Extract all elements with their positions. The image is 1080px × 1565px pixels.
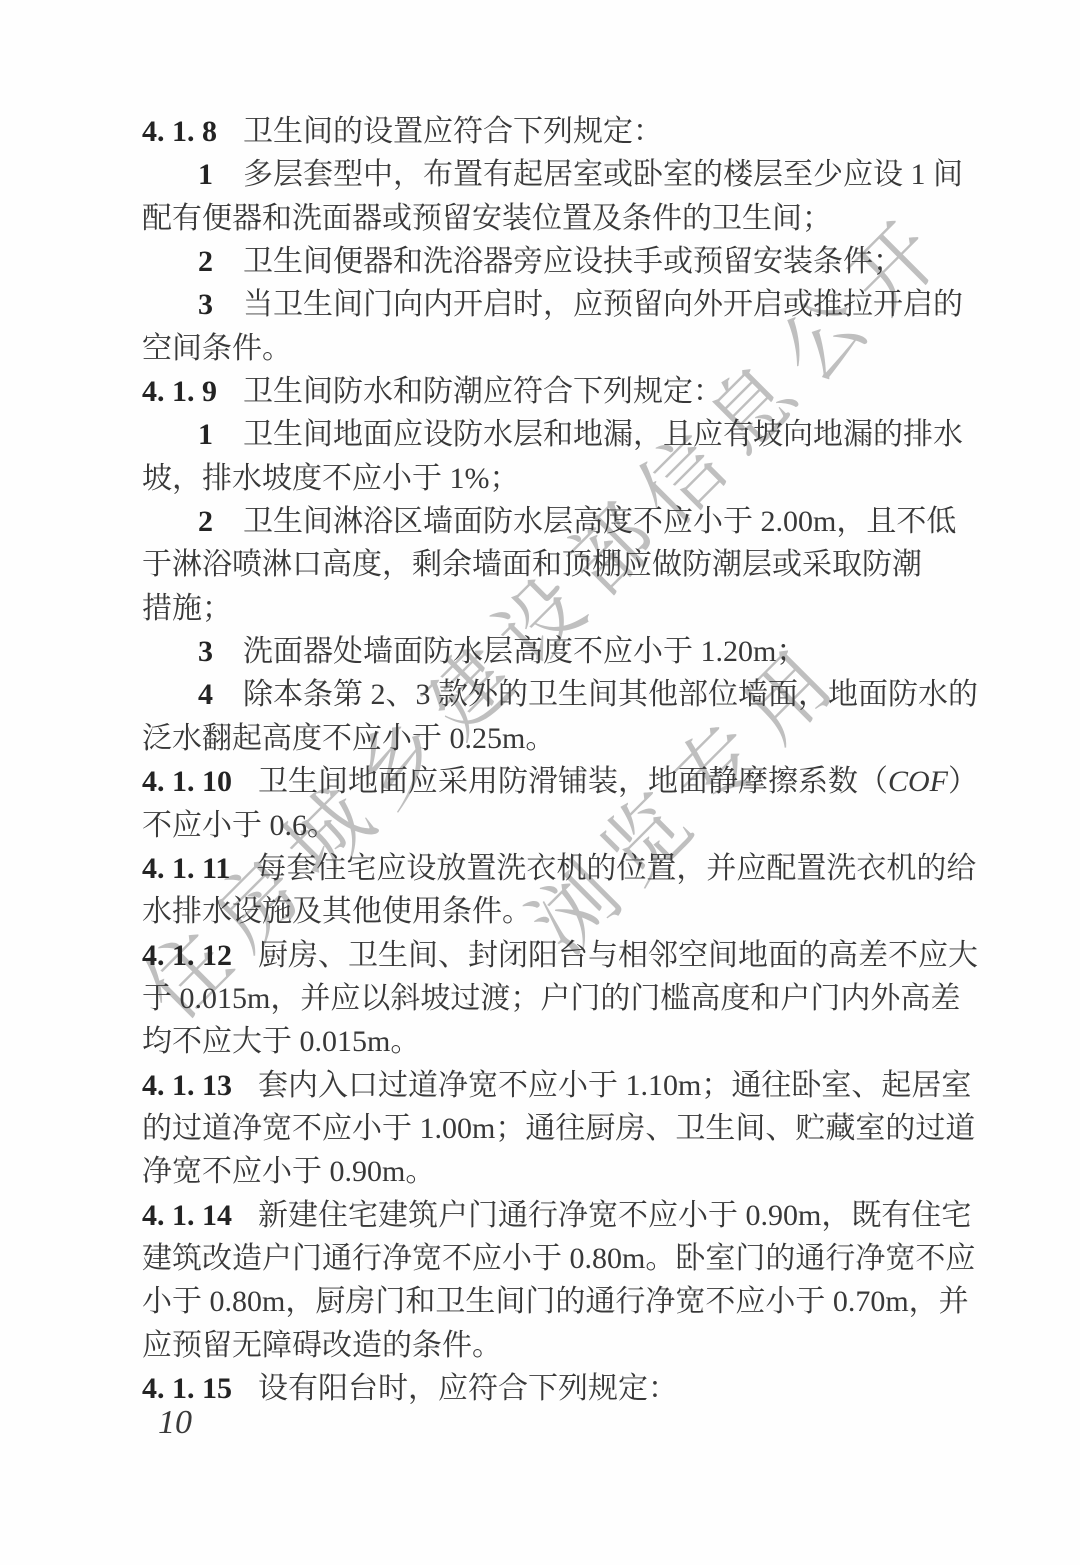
clause-number: 4. 1. 10 bbox=[142, 765, 232, 798]
item-number: 3 bbox=[198, 635, 213, 668]
item-number: 3 bbox=[198, 288, 213, 321]
clause-line: 4. 1. 12厨房、卫生间、封闭阳台与相邻空间地面的高差不应大 bbox=[142, 934, 972, 977]
continuation-line: 应预留无障碍改造的条件。 bbox=[142, 1324, 972, 1367]
line-text: 卫生间淋浴区墙面防水层高度不应小于 2.00m，且不低 bbox=[243, 505, 956, 538]
line-text: 净宽不应小于 0.90m。 bbox=[142, 1155, 435, 1188]
clause-number: 4. 1. 11 bbox=[142, 852, 230, 885]
clause-line: 4. 1. 8卫生间的设置应符合下列规定： bbox=[142, 110, 972, 153]
line-text: 卫生间的设置应符合下列规定： bbox=[243, 115, 663, 148]
continuation-line: 泛水翻起高度不应小于 0.25m。 bbox=[142, 717, 972, 760]
item-line: 2卫生间便器和洗浴器旁应设扶手或预留安装条件； bbox=[142, 240, 972, 283]
line-text: 卫生间防水和防潮应符合下列规定： bbox=[243, 375, 723, 408]
page-number: 10 bbox=[158, 1404, 192, 1442]
continuation-line: 不应小于 0.6。 bbox=[142, 804, 972, 847]
line-text: 设有阳台时，应符合下列规定： bbox=[258, 1372, 678, 1405]
continuation-line: 坡，排水坡度不应小于 1%； bbox=[142, 457, 972, 500]
line-text: 建筑改造户门通行净宽不应小于 0.80m。卧室门的通行净宽不应 bbox=[142, 1242, 975, 1275]
continuation-line: 于 0.015m，并应以斜坡过渡；户门的门槛高度和户门内外高差 bbox=[142, 977, 972, 1020]
clause-line: 4. 1. 15设有阳台时，应符合下列规定： bbox=[142, 1367, 972, 1410]
clause-line: 4. 1. 13套内入口过道净宽不应小于 1.10m；通往卧室、起居室 bbox=[142, 1064, 972, 1107]
continuation-line: 建筑改造户门通行净宽不应小于 0.80m。卧室门的通行净宽不应 bbox=[142, 1237, 972, 1280]
clause-line: 4. 1. 11每套住宅应设放置洗衣机的位置，并应配置洗衣机的给 bbox=[142, 847, 972, 890]
continuation-line: 净宽不应小于 0.90m。 bbox=[142, 1150, 972, 1193]
document-page: 住房城乡建设部信息公开 浏览专用 4. 1. 8卫生间的设置应符合下列规定：1多… bbox=[0, 0, 1080, 1565]
line-text: 水排水设施及其他使用条件。 bbox=[142, 895, 532, 928]
clause-number: 4. 1. 12 bbox=[142, 939, 232, 972]
continuation-line: 小于 0.80m，厨房门和卫生间门的通行净宽不应小于 0.70m，并 bbox=[142, 1280, 972, 1323]
item-number: 1 bbox=[198, 418, 213, 451]
line-text: 空间条件。 bbox=[142, 332, 292, 365]
clause-line: 4. 1. 14新建住宅建筑户门通行净宽不应小于 0.90m，既有住宅 bbox=[142, 1194, 972, 1237]
line-text: 新建住宅建筑户门通行净宽不应小于 0.90m，既有住宅 bbox=[258, 1199, 971, 1232]
line-text: 的过道净宽不应小于 1.00m；通往厨房、卫生间、贮藏室的过道 bbox=[142, 1112, 975, 1145]
clause-line: 4. 1. 9卫生间防水和防潮应符合下列规定： bbox=[142, 370, 972, 413]
continuation-line: 空间条件。 bbox=[142, 327, 972, 370]
line-text: 不应小于 0.6。 bbox=[142, 809, 337, 842]
continuation-line: 配有便器和洗面器或预留安装位置及条件的卫生间； bbox=[142, 197, 972, 240]
line-text: 套内入口过道净宽不应小于 1.10m；通往卧室、起居室 bbox=[258, 1069, 971, 1102]
item-number: 1 bbox=[198, 158, 213, 191]
line-text: 厨房、卫生间、封闭阳台与相邻空间地面的高差不应大 bbox=[258, 939, 978, 972]
clause-number: 4. 1. 13 bbox=[142, 1069, 232, 1102]
clause-number: 4. 1. 14 bbox=[142, 1199, 232, 1232]
continuation-line: 的过道净宽不应小于 1.00m；通往厨房、卫生间、贮藏室的过道 bbox=[142, 1107, 972, 1150]
line-text: 措施； bbox=[142, 592, 232, 625]
line-text: 坡，排水坡度不应小于 1%； bbox=[142, 462, 520, 495]
continuation-line: 措施； bbox=[142, 587, 972, 630]
item-line: 4除本条第 2、3 款外的卫生间其他部位墙面，地面防水的 bbox=[142, 673, 972, 716]
clause-number: 4. 1. 9 bbox=[142, 375, 217, 408]
line-text: 小于 0.80m，厨房门和卫生间门的通行净宽不应小于 0.70m，并 bbox=[142, 1285, 969, 1318]
line-text: 配有便器和洗面器或预留安装位置及条件的卫生间； bbox=[142, 202, 832, 235]
line-text: 除本条第 2、3 款外的卫生间其他部位墙面，地面防水的 bbox=[243, 678, 978, 711]
item-number: 4 bbox=[198, 678, 213, 711]
continuation-line: 均不应大于 0.015m。 bbox=[142, 1020, 972, 1063]
line-text: 当卫生间门向内开启时，应预留向外开启或推拉开启的 bbox=[243, 288, 963, 321]
clause-number: 4. 1. 8 bbox=[142, 115, 217, 148]
italic-term: COF bbox=[888, 765, 948, 798]
line-text: 洗面器处墙面防水层高度不应小于 1.20m； bbox=[243, 635, 806, 668]
item-line: 3洗面器处墙面防水层高度不应小于 1.20m； bbox=[142, 630, 972, 673]
line-text: 卫生间便器和洗浴器旁应设扶手或预留安装条件； bbox=[243, 245, 903, 278]
item-line: 1卫生间地面应设防水层和地漏，且应有坡向地漏的排水 bbox=[142, 413, 972, 456]
text-block: 4. 1. 8卫生间的设置应符合下列规定：1多层套型中，布置有起居室或卧室的楼层… bbox=[142, 110, 972, 1410]
line-text: 多层套型中，布置有起居室或卧室的楼层至少应设 1 间 bbox=[243, 158, 963, 191]
item-number: 2 bbox=[198, 505, 213, 538]
continuation-line: 水排水设施及其他使用条件。 bbox=[142, 890, 972, 933]
continuation-line: 于淋浴喷淋口高度，剩余墙面和顶棚应做防潮层或采取防潮 bbox=[142, 543, 972, 586]
line-text: 泛水翻起高度不应小于 0.25m。 bbox=[142, 722, 555, 755]
line-text: 于淋浴喷淋口高度，剩余墙面和顶棚应做防潮层或采取防潮 bbox=[142, 548, 922, 581]
line-text: 于 0.015m，并应以斜坡过渡；户门的门槛高度和户门内外高差 bbox=[142, 982, 960, 1015]
line-text: ） bbox=[948, 765, 978, 798]
line-text: 卫生间地面应采用防滑铺装，地面静摩擦系数（ bbox=[258, 765, 888, 798]
clause-line: 4. 1. 10卫生间地面应采用防滑铺装，地面静摩擦系数（COF） bbox=[142, 760, 972, 803]
clause-number: 4. 1. 15 bbox=[142, 1372, 232, 1405]
line-text: 均不应大于 0.015m。 bbox=[142, 1025, 420, 1058]
line-text: 每套住宅应设放置洗衣机的位置，并应配置洗衣机的给 bbox=[256, 852, 976, 885]
item-line: 1多层套型中，布置有起居室或卧室的楼层至少应设 1 间 bbox=[142, 153, 972, 196]
item-line: 3当卫生间门向内开启时，应预留向外开启或推拉开启的 bbox=[142, 283, 972, 326]
item-line: 2卫生间淋浴区墙面防水层高度不应小于 2.00m，且不低 bbox=[142, 500, 972, 543]
line-text: 卫生间地面应设防水层和地漏，且应有坡向地漏的排水 bbox=[243, 418, 963, 451]
line-text: 应预留无障碍改造的条件。 bbox=[142, 1329, 502, 1362]
item-number: 2 bbox=[198, 245, 213, 278]
